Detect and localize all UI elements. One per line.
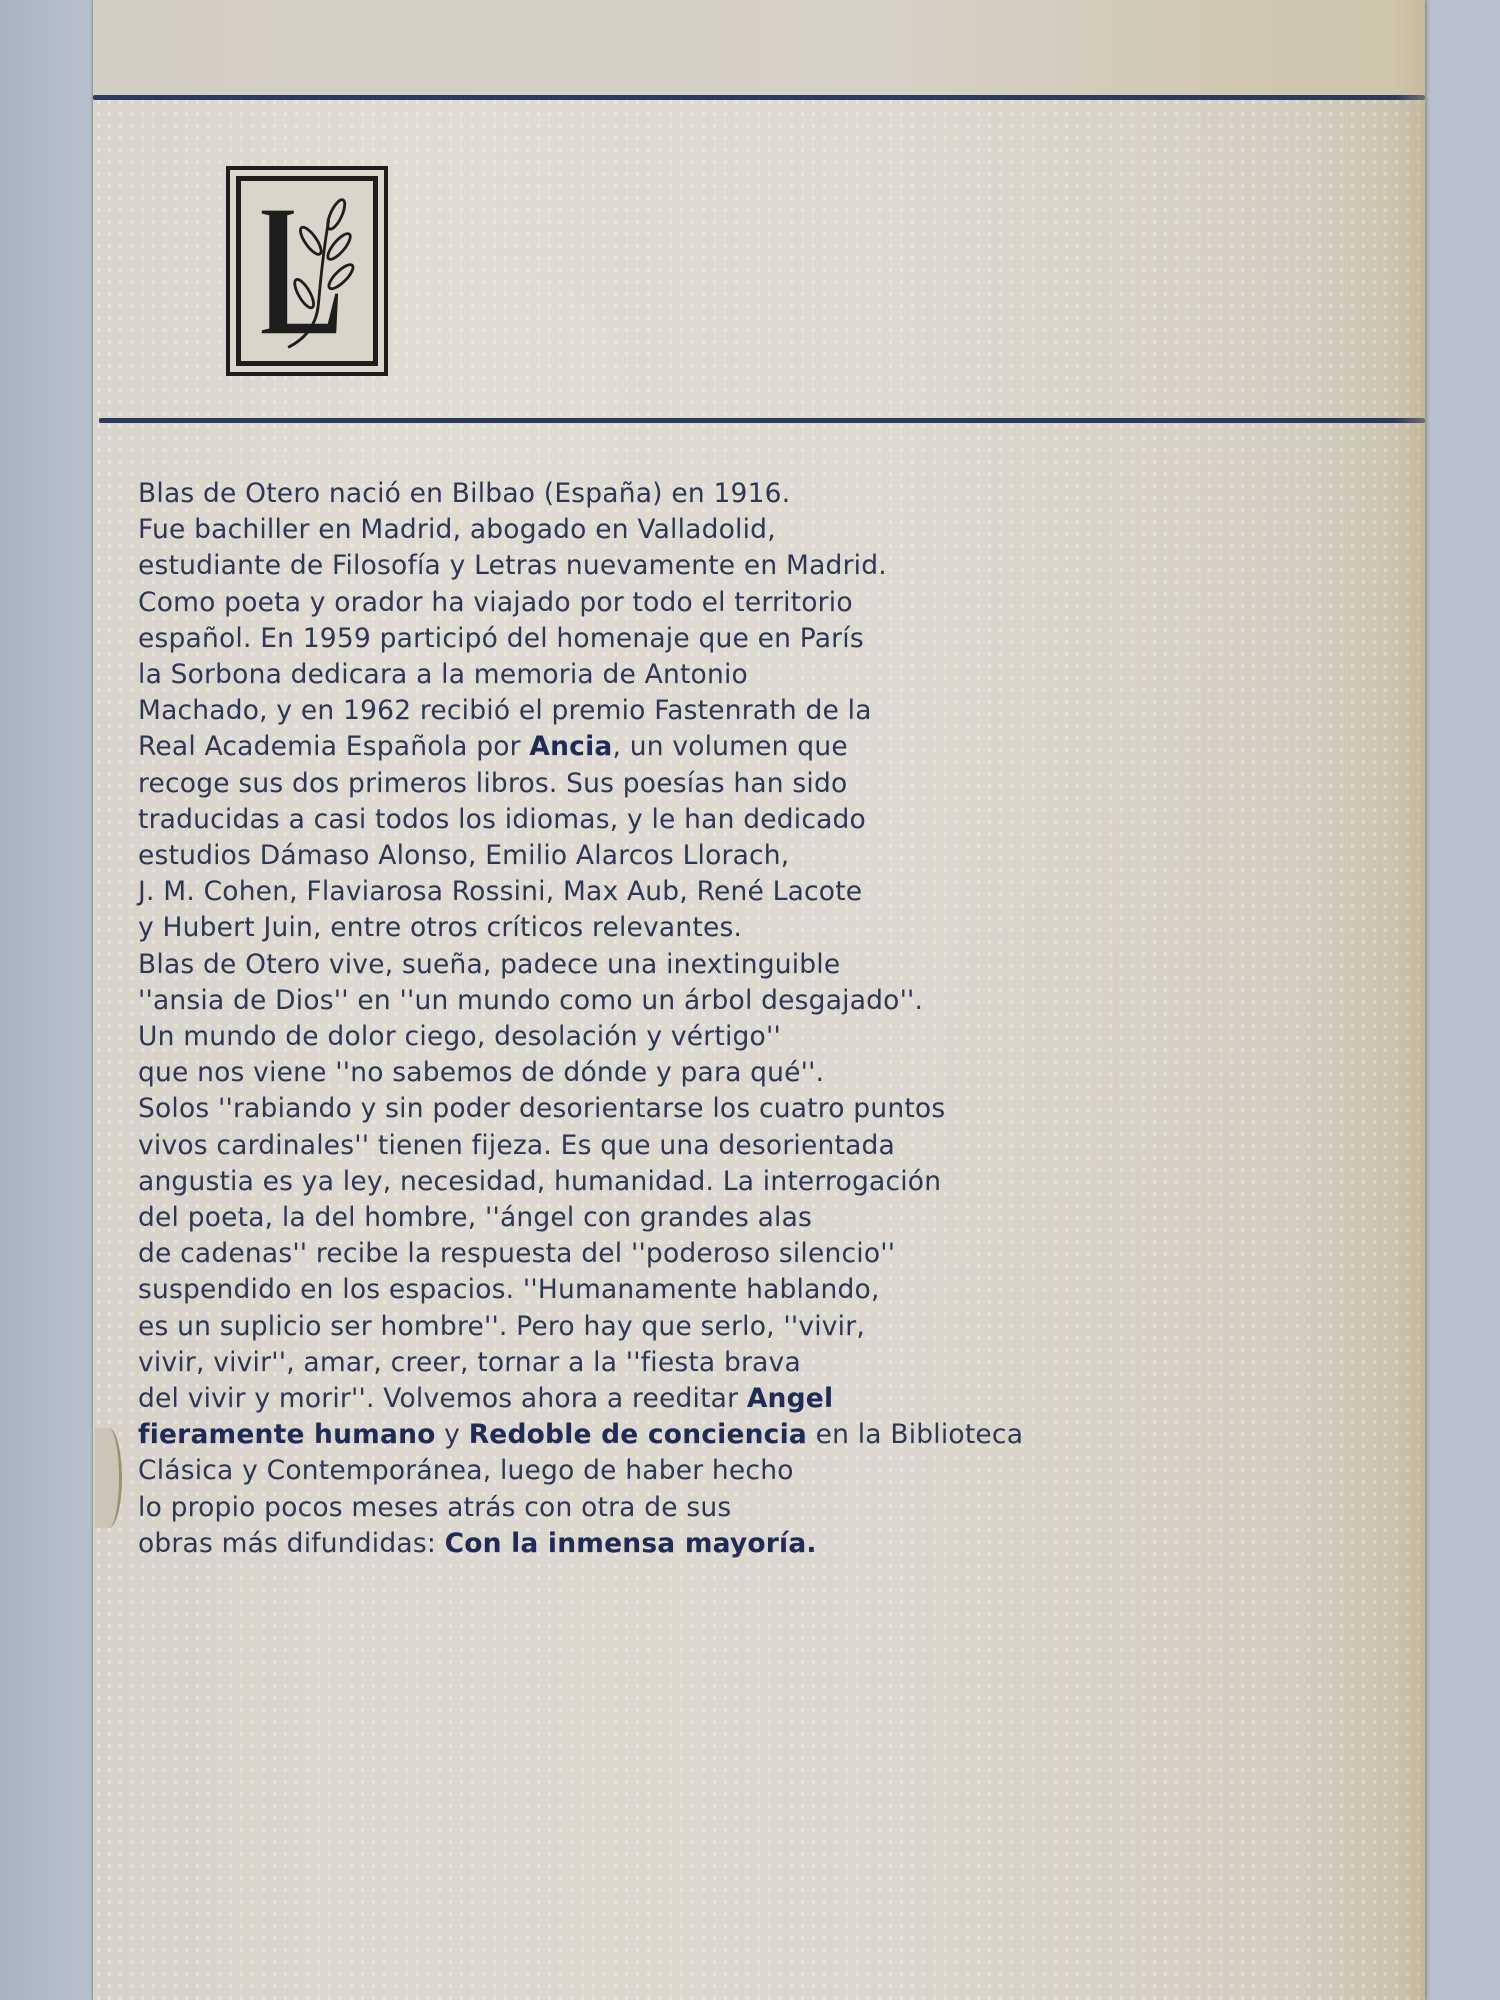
blurb-text: y Hubert Juin, entre otros críticos rele…: [138, 912, 742, 943]
blurb-line: estudios Dámaso Alonso, Emilio Alarcos L…: [138, 838, 1138, 874]
blurb-line: obras más difundidas: Con la inmensa may…: [138, 1526, 1138, 1562]
blurb-line: Un mundo de dolor ciego, desolación y vé…: [138, 1019, 1138, 1055]
book-title: Redoble de conciencia: [469, 1419, 807, 1450]
blurb-line: suspendido en los espacios. ''Humanament…: [138, 1272, 1138, 1308]
author-blurb: Blas de Otero nació en Bilbao (España) e…: [138, 476, 1138, 1562]
middle-blue-rule: [99, 418, 1425, 423]
blurb-line: recoge sus dos primeros libros. Sus poes…: [138, 766, 1138, 802]
blurb-text: del poeta, la del hombre, ''ángel con gr…: [138, 1202, 812, 1233]
blurb-line: Blas de Otero nació en Bilbao (España) e…: [138, 476, 1138, 512]
blurb-line: y Hubert Juin, entre otros críticos rele…: [138, 910, 1138, 946]
blurb-text: suspendido en los espacios. ''Humanament…: [138, 1274, 880, 1305]
blurb-line: la Sorbona dedicara a la memoria de Anto…: [138, 657, 1138, 693]
book-title: Angel: [747, 1383, 833, 1414]
blurb-text: J. M. Cohen, Flaviarosa Rossini, Max Aub…: [138, 876, 862, 907]
blurb-text: Clásica y Contemporánea, luego de haber …: [138, 1455, 794, 1486]
blurb-text: en la Biblioteca: [807, 1419, 1023, 1450]
blurb-text: estudios Dámaso Alonso, Emilio Alarcos L…: [138, 840, 789, 871]
publisher-logo-frame: L: [236, 176, 378, 366]
blurb-text: Blas de Otero nació en Bilbao (España) e…: [138, 478, 790, 509]
blurb-line: que nos viene ''no sabemos de dónde y pa…: [138, 1055, 1138, 1091]
blurb-line: traducidas a casi todos los idiomas, y l…: [138, 802, 1138, 838]
blurb-text: vivir, vivir'', amar, creer, tornar a la…: [138, 1347, 801, 1378]
blurb-text: traducidas a casi todos los idiomas, y l…: [138, 804, 866, 835]
book-title: fieramente humano: [138, 1419, 436, 1450]
blurb-line: vivos cardinales'' tienen fijeza. Es que…: [138, 1128, 1138, 1164]
blurb-text: estudiante de Filosofía y Letras nuevame…: [138, 550, 887, 581]
book-title: Con la inmensa mayoría.: [445, 1528, 817, 1559]
blurb-line: angustia es ya ley, necesidad, humanidad…: [138, 1164, 1138, 1200]
book-title: Ancia: [529, 731, 612, 762]
blurb-text: Blas de Otero vive, sueña, padece una in…: [138, 949, 840, 980]
blurb-line: Solos ''rabiando y sin poder desorientar…: [138, 1091, 1138, 1127]
blurb-line: Clásica y Contemporánea, luego de haber …: [138, 1453, 1138, 1489]
blurb-line: del vivir y morir''. Volvemos ahora a re…: [138, 1381, 1138, 1417]
blurb-text: de cadenas'' recibe la respuesta del ''p…: [138, 1238, 895, 1269]
blurb-text: que nos viene ''no sabemos de dónde y pa…: [138, 1057, 824, 1088]
blurb-line: Como poeta y orador ha viajado por todo …: [138, 585, 1138, 621]
blurb-line: vivir, vivir'', amar, creer, tornar a la…: [138, 1345, 1138, 1381]
top-blue-rule: [93, 95, 1425, 100]
blurb-text: Solos ''rabiando y sin poder desorientar…: [138, 1093, 945, 1124]
blurb-text: del vivir y morir''. Volvemos ahora a re…: [138, 1383, 747, 1414]
blurb-line: de cadenas'' recibe la respuesta del ''p…: [138, 1236, 1138, 1272]
blurb-line: fieramente humano y Redoble de concienci…: [138, 1417, 1138, 1453]
blurb-text: Real Academia Española por: [138, 731, 529, 762]
blurb-text: Un mundo de dolor ciego, desolación y vé…: [138, 1021, 781, 1052]
top-strip: [93, 0, 1425, 96]
blurb-text: la Sorbona dedicara a la memoria de Anto…: [138, 659, 748, 690]
blurb-line: Blas de Otero vive, sueña, padece una in…: [138, 947, 1138, 983]
blurb-text: ''ansia de Dios'' en ''un mundo como un …: [138, 985, 923, 1016]
blurb-line: Real Academia Española por Ancia, un vol…: [138, 729, 1138, 765]
blurb-line: es un suplicio ser hombre''. Pero hay qu…: [138, 1309, 1138, 1345]
blurb-line: estudiante de Filosofía y Letras nuevame…: [138, 548, 1138, 584]
blurb-text: recoge sus dos primeros libros. Sus poes…: [138, 768, 847, 799]
blurb-text: es un suplicio ser hombre''. Pero hay qu…: [138, 1311, 865, 1342]
blurb-text: , un volumen que: [612, 731, 847, 762]
cover-tear: [95, 1428, 122, 1528]
blurb-text: español. En 1959 participó del homenaje …: [138, 623, 864, 654]
blurb-line: ''ansia de Dios'' en ''un mundo como un …: [138, 983, 1138, 1019]
blurb-line: del poeta, la del hombre, ''ángel con gr…: [138, 1200, 1138, 1236]
blurb-line: J. M. Cohen, Flaviarosa Rossini, Max Aub…: [138, 874, 1138, 910]
blurb-line: Machado, y en 1962 recibió el premio Fas…: [138, 693, 1138, 729]
publisher-logo: L: [226, 166, 388, 376]
blurb-text: Fue bachiller en Madrid, abogado en Vall…: [138, 514, 776, 545]
cover-edge-shading: [1395, 0, 1425, 2000]
blurb-line: español. En 1959 participó del homenaje …: [138, 621, 1138, 657]
blurb-text: Como poeta y orador ha viajado por todo …: [138, 587, 853, 618]
blurb-text: y: [436, 1419, 469, 1450]
laurel-branch-icon: [241, 181, 373, 361]
blurb-text: Machado, y en 1962 recibió el premio Fas…: [138, 695, 872, 726]
blurb-line: Fue bachiller en Madrid, abogado en Vall…: [138, 512, 1138, 548]
blurb-text: angustia es ya ley, necesidad, humanidad…: [138, 1166, 941, 1197]
blurb-text: obras más difundidas:: [138, 1528, 445, 1559]
blurb-text: vivos cardinales'' tienen fijeza. Es que…: [138, 1130, 895, 1161]
blurb-line: lo propio pocos meses atrás con otra de …: [138, 1490, 1138, 1526]
blurb-text: lo propio pocos meses atrás con otra de …: [138, 1492, 731, 1523]
